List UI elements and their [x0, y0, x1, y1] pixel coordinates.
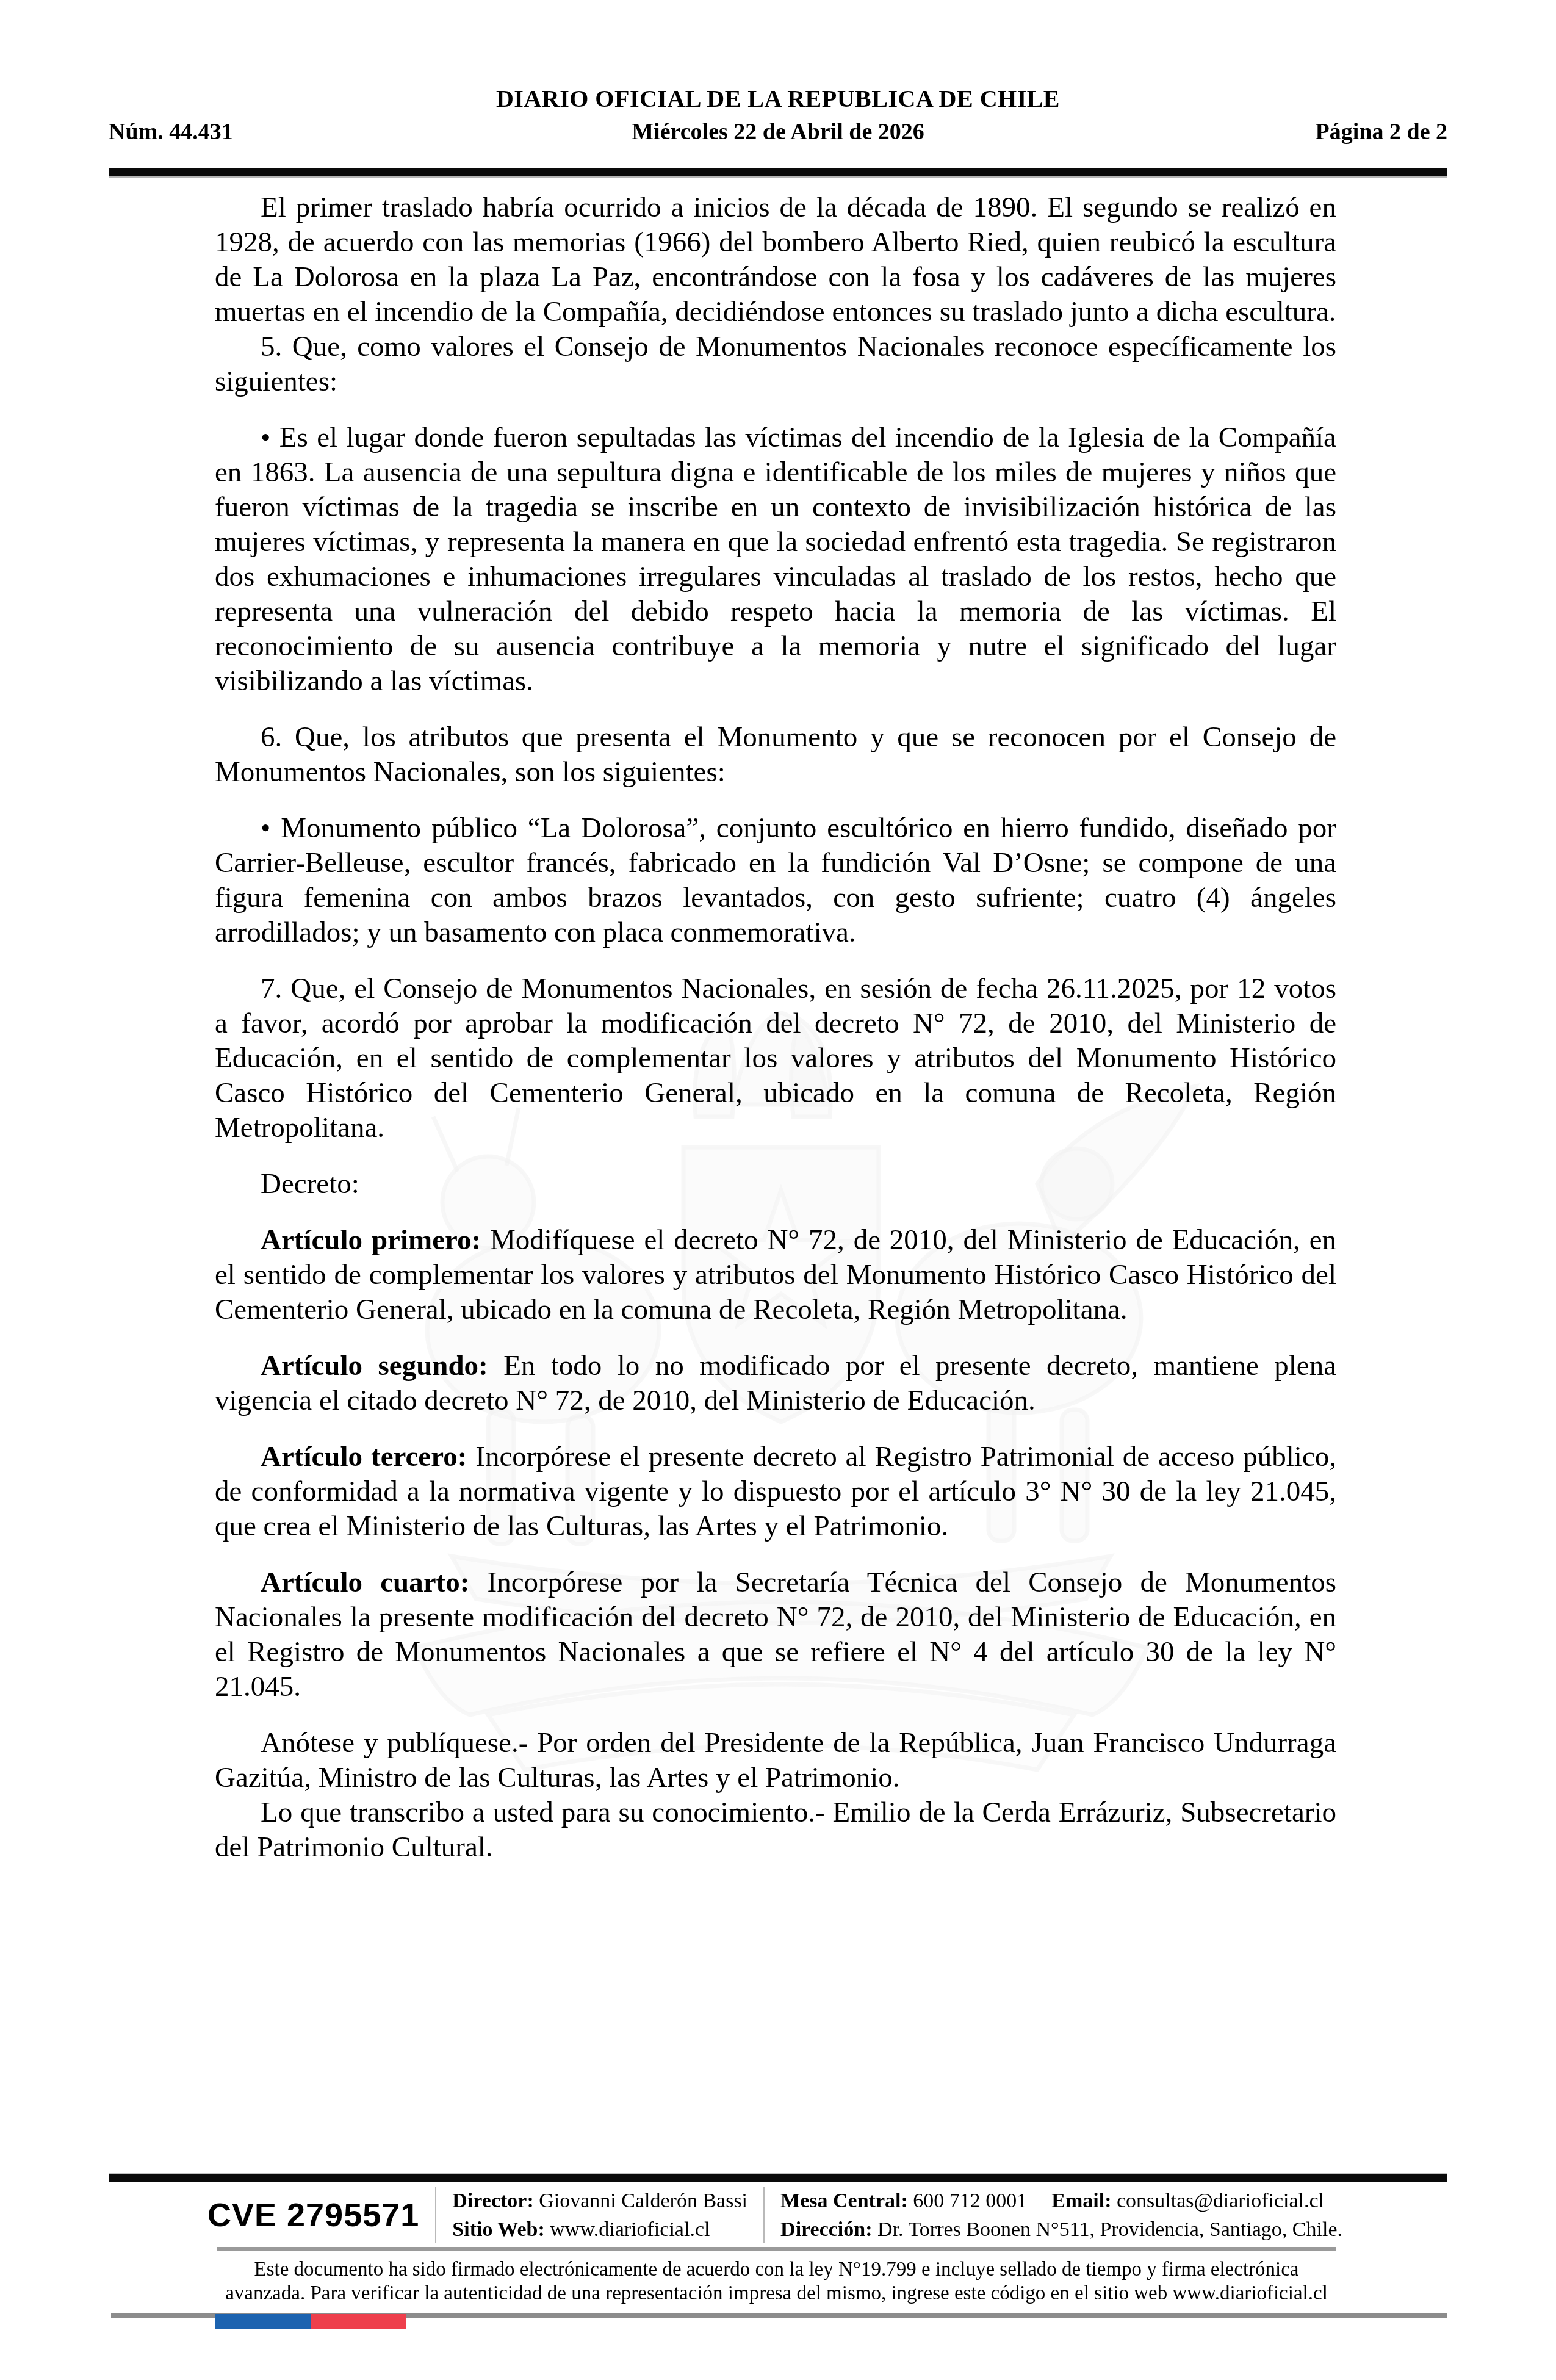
paragraph-articulo-tercero: Artículo tercero: Incorpórese el present…: [215, 1440, 1336, 1544]
paragraph-anotese: Anótese y publíquese.- Por orden del Pre…: [215, 1726, 1336, 1795]
flag-blue-block: [215, 2314, 311, 2329]
sitio-web-label: Sitio Web:: [452, 2218, 544, 2241]
header-rule: [109, 168, 1447, 178]
director-label: Director:: [452, 2190, 533, 2212]
paragraph-text: 7. Que, el Consejo de Monumentos Naciona…: [215, 973, 1336, 1144]
paragraph-text: El primer traslado habría ocurrido a ini…: [215, 192, 1336, 328]
footer-divider: [763, 2187, 765, 2243]
paragraph-text: • Monumento público “La Dolorosa”, conju…: [215, 812, 1336, 948]
paragraph-traslado: El primer traslado habría ocurrido a ini…: [215, 190, 1336, 330]
paragraph-text: • Es el lugar donde fueron sepultadas la…: [215, 422, 1336, 697]
mesa-central-value: 600 712 0001: [913, 2190, 1027, 2212]
document-body: El primer traslado habría ocurrido a ini…: [215, 190, 1336, 1865]
article-lead: Artículo tercero:: [261, 1441, 467, 1473]
paragraph-valor-bullet: • Es el lugar donde fueron sepultadas la…: [215, 420, 1336, 699]
flag-red-block: [311, 2314, 406, 2329]
cve-box: CVE 2795571 Director: Giovanni Calderón …: [207, 2186, 1342, 2245]
paragraph-text: Lo que transcribo a usted para su conoci…: [215, 1797, 1336, 1863]
director-value: Giovanni Calderón Bassi: [539, 2190, 747, 2212]
direccion-label: Dirección:: [780, 2218, 872, 2241]
page-title: DIARIO OFICIAL DE LA REPUBLICA DE CHILE: [0, 84, 1556, 113]
paragraph-articulo-primero: Artículo primero: Modifíquese el decreto…: [215, 1223, 1336, 1327]
email-label: Email:: [1051, 2190, 1111, 2212]
chile-flag: [215, 2314, 406, 2329]
article-lead: Artículo segundo:: [261, 1350, 488, 1382]
paragraph-text: 6. Que, los atributos que presenta el Mo…: [215, 721, 1336, 788]
direccion-value: Dr. Torres Boonen N°511, Providencia, Sa…: [877, 2218, 1342, 2241]
paragraph-text: 5. Que, como valores el Consejo de Monum…: [215, 331, 1336, 397]
director-column: Director: Giovanni Calderón Bassi Sitio …: [452, 2187, 747, 2244]
article-lead: Artículo cuarto:: [261, 1567, 469, 1598]
email-value: consultas@diarioficial.cl: [1117, 2190, 1324, 2212]
contact-column: Mesa Central: 600 712 0001Email: consult…: [780, 2187, 1342, 2244]
footer-divider: [435, 2187, 436, 2243]
paragraph-considerando-7: 7. Que, el Consejo de Monumentos Naciona…: [215, 972, 1336, 1145]
legal-text: Este documento ha sido firmado electróni…: [217, 2258, 1336, 2306]
legal-separator: [217, 2247, 1336, 2251]
paragraph-text: Anótese y publíquese.- Por orden del Pre…: [215, 1727, 1336, 1794]
header-date: Miércoles 22 de Abril de 2026: [109, 118, 1447, 145]
paragraph-atributo-bullet: • Monumento público “La Dolorosa”, conju…: [215, 811, 1336, 950]
paragraph-articulo-segundo: Artículo segundo: En todo lo no modifica…: [215, 1349, 1336, 1418]
document-page: DIARIO OFICIAL DE LA REPUBLICA DE CHILE …: [0, 0, 1556, 2380]
legal-text-line-1: Este documento ha sido firmado electróni…: [217, 2258, 1336, 2282]
sitio-web-value: www.diarioficial.cl: [550, 2218, 710, 2241]
paragraph-articulo-cuarto: Artículo cuarto: Incorpórese por la Secr…: [215, 1565, 1336, 1704]
article-lead: Artículo primero:: [261, 1224, 481, 1256]
mesa-central-label: Mesa Central:: [780, 2190, 908, 2212]
paragraph-text: Decreto:: [261, 1168, 359, 1200]
cve-number: CVE 2795571: [207, 2196, 419, 2234]
header-meta-row: Núm. 44.431 Miércoles 22 de Abril de 202…: [109, 118, 1447, 145]
paragraph-decreto: Decreto:: [215, 1167, 1336, 1202]
paragraph-considerando-5: 5. Que, como valores el Consejo de Monum…: [215, 330, 1336, 399]
paragraph-transcribo: Lo que transcribo a usted para su conoci…: [215, 1795, 1336, 1865]
footer-rule: [109, 2173, 1447, 2182]
paragraph-considerando-6: 6. Que, los atributos que presenta el Mo…: [215, 720, 1336, 790]
legal-text-line-2: avanzada. Para verificar la autenticidad…: [217, 2282, 1336, 2306]
